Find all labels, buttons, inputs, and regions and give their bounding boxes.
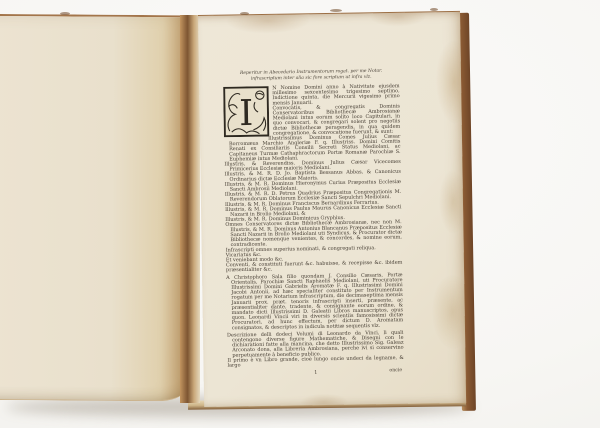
wear-mark: [60, 12, 70, 15]
paragraph: A Christophoro Sala filio quondam J. Con…: [226, 272, 403, 330]
wear-mark: [240, 12, 249, 15]
book-photograph: Reperitur in Abecedario Instrumentorum r…: [0, 0, 600, 428]
wear-mark: [430, 8, 438, 11]
open-book: Reperitur in Abecedario Instrumentorum r…: [0, 0, 600, 428]
book-gutter: [180, 15, 200, 403]
text-block: Reperitur in Abecedario Instrumentorum r…: [223, 68, 406, 383]
initial-letter: I: [239, 93, 254, 134]
woodcut-initial: I: [223, 86, 269, 137]
printed-right-page: Reperitur in Abecedario Instrumentorum r…: [198, 11, 466, 407]
page-footer: 1 oncie: [228, 368, 404, 377]
paragraph: Descrizione delli dodeci Volumi di Leona…: [227, 330, 404, 358]
italic-header: Reperitur in Abecedario Instrumentorum r…: [226, 68, 397, 82]
paragraph: Conventi, & constituti fuerunt &c. habui…: [226, 260, 403, 273]
body-text: I N Nomine Domini anno à Nativitate ejus…: [223, 83, 404, 368]
wear-mark: [330, 9, 342, 12]
paragraph: Illustrissimus Dominus Comes Julius Cæsa…: [224, 134, 401, 162]
paragraph: Omnes Conservatores dictæ Bibliothecæ Am…: [225, 219, 402, 247]
page-number: 1: [314, 369, 317, 375]
blank-left-page: [0, 14, 186, 401]
paragraph: Il primo è vn Libro grande, cioè lungo o…: [227, 355, 404, 368]
catchword: oncie: [389, 367, 402, 373]
